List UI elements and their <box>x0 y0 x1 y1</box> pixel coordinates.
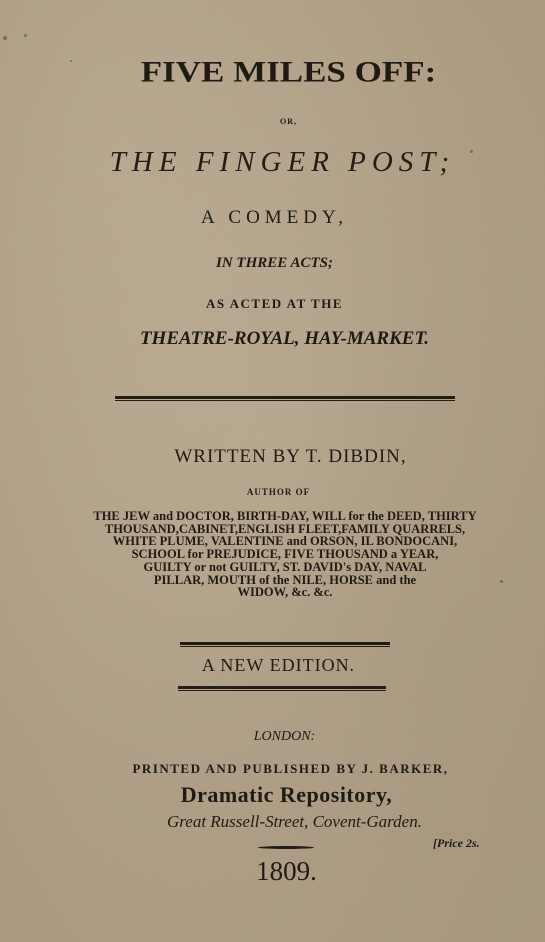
ornamental-dash <box>258 846 314 849</box>
foxing-spot <box>24 34 27 37</box>
acted-at-line: AS ACTED AT THE <box>2 296 545 312</box>
title-page: FIVE MILES OFF: OR, THE FINGER POST; A C… <box>0 0 545 942</box>
subtitle: THE FINGER POST; <box>10 146 545 179</box>
imprint-address: Great Russell-Street, Covent-Garden. <box>22 812 545 832</box>
edition-rule-bottom <box>178 686 386 691</box>
author-byline: WRITTEN BY T. DIBDIN, <box>18 446 545 468</box>
imprint-shop: Dramatic Repository, <box>14 782 545 808</box>
acts-line: IN THREE ACTS; <box>2 255 545 272</box>
imprint-printer: PRINTED AND PUBLISHED BY J. BARKER, <box>18 761 545 777</box>
works-line: WIDOW, &c. &c. <box>40 586 530 599</box>
title-conjunction: OR, <box>16 117 545 126</box>
genre: A COMEDY, <box>2 207 545 229</box>
foxing-spot <box>3 36 7 40</box>
works-line: THE JEW and DOCTOR, BIRTH-DAY, WILL for … <box>40 510 530 523</box>
works-line: GUILTY or not GUILTY, ST. DAVID's DAY, N… <box>40 561 530 574</box>
imprint-city: LONDON: <box>12 729 545 745</box>
publication-year: 1809. <box>14 856 545 887</box>
edition-label: A NEW EDITION. <box>6 655 545 676</box>
theatre-name: THEATRE-ROYAL, HAY-MARKET. <box>12 328 545 350</box>
author-of-label: AUTHOR OF <box>6 487 545 497</box>
works-line: SCHOOL for PREJUDICE, FIVE THOUSAND a YE… <box>40 548 530 561</box>
double-rule-divider <box>115 396 455 401</box>
main-title: FIVE MILES OFF: <box>16 55 545 89</box>
edition-rule-top <box>180 642 390 647</box>
author-works-list: THE JEW and DOCTOR, BIRTH-DAY, WILL for … <box>40 510 530 599</box>
price-note: [Price 2s. <box>433 836 480 851</box>
